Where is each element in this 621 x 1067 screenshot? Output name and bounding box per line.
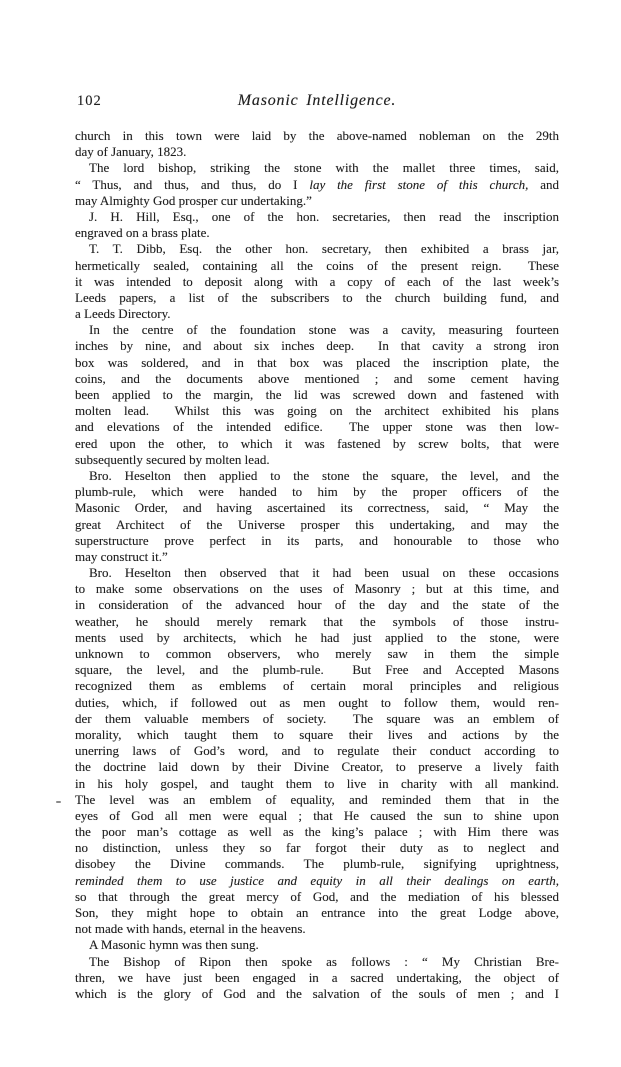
text-run: der them valuable members of society. Th… — [75, 711, 559, 726]
text-run: in consideration of the advanced hour of… — [75, 597, 559, 612]
text-run: Bro. Heselton then observed that it had … — [89, 565, 559, 580]
text-run: J. H. Hill, Esq., one of the hon. secret… — [89, 209, 559, 224]
text-run: In the centre of the foundation stone wa… — [89, 322, 559, 337]
text-line: unknown to common observers, who merely … — [75, 646, 559, 662]
scanned-book-page: 102 Masonic Intelligence. church in this… — [0, 0, 621, 1067]
text-run: coins, and the documents above mentioned… — [75, 371, 559, 386]
text-run: subsequently secured by molten lead. — [75, 452, 270, 467]
text-run: been applied to the margin, the lid was … — [75, 387, 559, 402]
running-title: Masonic Intelligence. — [75, 92, 559, 110]
text-line: a Leeds Directory. — [75, 306, 559, 322]
text-line: Son, they might hope to obtain an entran… — [75, 905, 559, 921]
page-header: 102 Masonic Intelligence. — [75, 92, 559, 114]
italic-text-run: reminded them to use justice and equity … — [75, 873, 559, 888]
text-run: hermetically sealed, containing all the … — [75, 258, 559, 273]
text-line: inches by nine, and about six inches dee… — [75, 338, 559, 354]
text-line: der them valuable members of society. Th… — [75, 711, 559, 727]
text-run: The level was an emblem of equality, and… — [75, 792, 559, 807]
text-line: and elevations of the intended edifice. … — [75, 419, 559, 435]
text-run: church in this town were laid by the abo… — [75, 128, 559, 143]
text-run: T. T. Dibb, Esq. the other hon. secretar… — [89, 241, 559, 256]
text-line: in consideration of the advanced hour of… — [75, 597, 559, 613]
text-run: engraved on a brass plate. — [75, 225, 210, 240]
text-line: it was intended to deposit along with a … — [75, 274, 559, 290]
text-line: disobey the Divine commands. The plumb-r… — [75, 856, 559, 872]
text-line: engraved on a brass plate. — [75, 225, 559, 241]
text-run: unerring laws of God’s word, and to regu… — [75, 743, 559, 758]
text-line: in his holy gospel, and taught them to l… — [75, 776, 559, 792]
text-line: A Masonic hymn was then sung. — [75, 937, 559, 953]
text-line: may construct it.” — [75, 549, 559, 565]
text-run: The Bishop of Ripon then spoke as follow… — [89, 954, 559, 969]
text-run: morality, which taught them to square th… — [75, 727, 559, 742]
text-run: day of January, 1823. — [75, 144, 186, 159]
text-line: no distinction, unless they so far forgo… — [75, 840, 559, 856]
scan-artifact — [56, 801, 61, 803]
text-line: Bro. Heselton then applied to the stone … — [75, 468, 559, 484]
text-run: unknown to common observers, who merely … — [75, 646, 559, 661]
text-run: superstructure prove perfect in its part… — [75, 533, 559, 548]
text-run: eyes of God all men were equal ; that He… — [75, 808, 559, 823]
text-run: and elevations of the intended edifice. … — [75, 419, 559, 434]
text-run: Son, they might hope to obtain an entran… — [75, 905, 559, 920]
text-run: weather, he should merely remark that th… — [75, 614, 559, 629]
text-run: inches by nine, and about six inches dee… — [75, 338, 559, 353]
text-line: the poor man’s cottage as well as the ki… — [75, 824, 559, 840]
text-line: not made with hands, eternal in the heav… — [75, 921, 559, 937]
text-run: Leeds papers, a list of the subscribers … — [75, 290, 559, 305]
text-run: plumb-rule, which were handed to him by … — [75, 484, 559, 499]
text-run: the poor man’s cottage as well as the ki… — [75, 824, 559, 839]
page-number: 102 — [77, 93, 102, 110]
text-line: The level was an emblem of equality, and… — [75, 792, 559, 808]
text-run: molten lead. Whilst this was going on th… — [75, 403, 559, 418]
text-line: weather, he should merely remark that th… — [75, 614, 559, 630]
text-run: “ Thus, and thus, and thus, do I — [75, 177, 309, 192]
text-line: morality, which taught them to square th… — [75, 727, 559, 743]
text-run: in his holy gospel, and taught them to l… — [75, 776, 559, 791]
text-line: T. T. Dibb, Esq. the other hon. secretar… — [75, 241, 559, 257]
text-line: great Architect of the Universe prosper … — [75, 517, 559, 533]
text-line: hermetically sealed, containing all the … — [75, 258, 559, 274]
italic-text-run: lay the first stone of this church, — [309, 177, 528, 192]
text-run: ered upon the other, to which it was fas… — [75, 436, 559, 451]
text-line: may Almighty God prosper cur undertaking… — [75, 193, 559, 209]
text-run: box was soldered, and in that box was pl… — [75, 355, 559, 370]
text-run: the doctrine laid down by their Divine C… — [75, 759, 559, 774]
text-line: Masonic Order, and having ascertained it… — [75, 500, 559, 516]
page-body: church in this town were laid by the abo… — [75, 128, 559, 1002]
text-run: it was intended to deposit along with a … — [75, 274, 559, 289]
text-line: coins, and the documents above mentioned… — [75, 371, 559, 387]
text-line: been applied to the margin, the lid was … — [75, 387, 559, 403]
text-run: square, the level, and the plumb-rule. B… — [75, 662, 559, 677]
text-line: The lord bishop, striking the stone with… — [75, 160, 559, 176]
text-line: the doctrine laid down by their Divine C… — [75, 759, 559, 775]
text-line: recognized them as emblems of certain mo… — [75, 678, 559, 694]
text-line: square, the level, and the plumb-rule. B… — [75, 662, 559, 678]
text-line: ered upon the other, to which it was fas… — [75, 436, 559, 452]
text-line: The Bishop of Ripon then spoke as follow… — [75, 954, 559, 970]
text-line: molten lead. Whilst this was going on th… — [75, 403, 559, 419]
text-run: which is the glory of God and the salvat… — [75, 986, 559, 1001]
text-line: In the centre of the foundation stone wa… — [75, 322, 559, 338]
text-run: to make some observations on the uses of… — [75, 581, 559, 596]
text-line: J. H. Hill, Esq., one of the hon. secret… — [75, 209, 559, 225]
text-line: thren, we have just been engaged in a sa… — [75, 970, 559, 986]
text-line: church in this town were laid by the abo… — [75, 128, 559, 144]
text-run: and — [528, 177, 559, 192]
text-run: so that through the great mercy of God, … — [75, 889, 559, 904]
text-line: subsequently secured by molten lead. — [75, 452, 559, 468]
text-line: so that through the great mercy of God, … — [75, 889, 559, 905]
text-run: not made with hands, eternal in the heav… — [75, 921, 306, 936]
text-run: Masonic Order, and having ascertained it… — [75, 500, 559, 515]
text-line: “ Thus, and thus, and thus, do I lay the… — [75, 177, 559, 193]
text-run: recognized them as emblems of certain mo… — [75, 678, 559, 693]
text-run: A Masonic hymn was then sung. — [89, 937, 259, 952]
text-run: may Almighty God prosper cur undertaking… — [75, 193, 312, 208]
text-run: great Architect of the Universe prosper … — [75, 517, 559, 532]
text-run: disobey the Divine commands. The plumb-r… — [75, 856, 559, 871]
text-line: eyes of God all men were equal ; that He… — [75, 808, 559, 824]
text-line: reminded them to use justice and equity … — [75, 873, 559, 889]
text-run: duties, which, if followed out as men ou… — [75, 695, 559, 710]
text-line: duties, which, if followed out as men ou… — [75, 695, 559, 711]
text-line: ments used by architects, which he had j… — [75, 630, 559, 646]
text-line: to make some observations on the uses of… — [75, 581, 559, 597]
text-run: The lord bishop, striking the stone with… — [89, 160, 559, 175]
text-line: which is the glory of God and the salvat… — [75, 986, 559, 1002]
text-run: ments used by architects, which he had j… — [75, 630, 559, 645]
text-line: unerring laws of God’s word, and to regu… — [75, 743, 559, 759]
text-line: plumb-rule, which were handed to him by … — [75, 484, 559, 500]
text-run: a Leeds Directory. — [75, 306, 171, 321]
text-run: Bro. Heselton then applied to the stone … — [89, 468, 559, 483]
text-run: thren, we have just been engaged in a sa… — [75, 970, 559, 985]
text-run: no distinction, unless they so far forgo… — [75, 840, 559, 855]
text-line: Bro. Heselton then observed that it had … — [75, 565, 559, 581]
text-line: day of January, 1823. — [75, 144, 559, 160]
text-run: may construct it.” — [75, 549, 168, 564]
text-line: superstructure prove perfect in its part… — [75, 533, 559, 549]
text-line: Leeds papers, a list of the subscribers … — [75, 290, 559, 306]
text-line: box was soldered, and in that box was pl… — [75, 355, 559, 371]
